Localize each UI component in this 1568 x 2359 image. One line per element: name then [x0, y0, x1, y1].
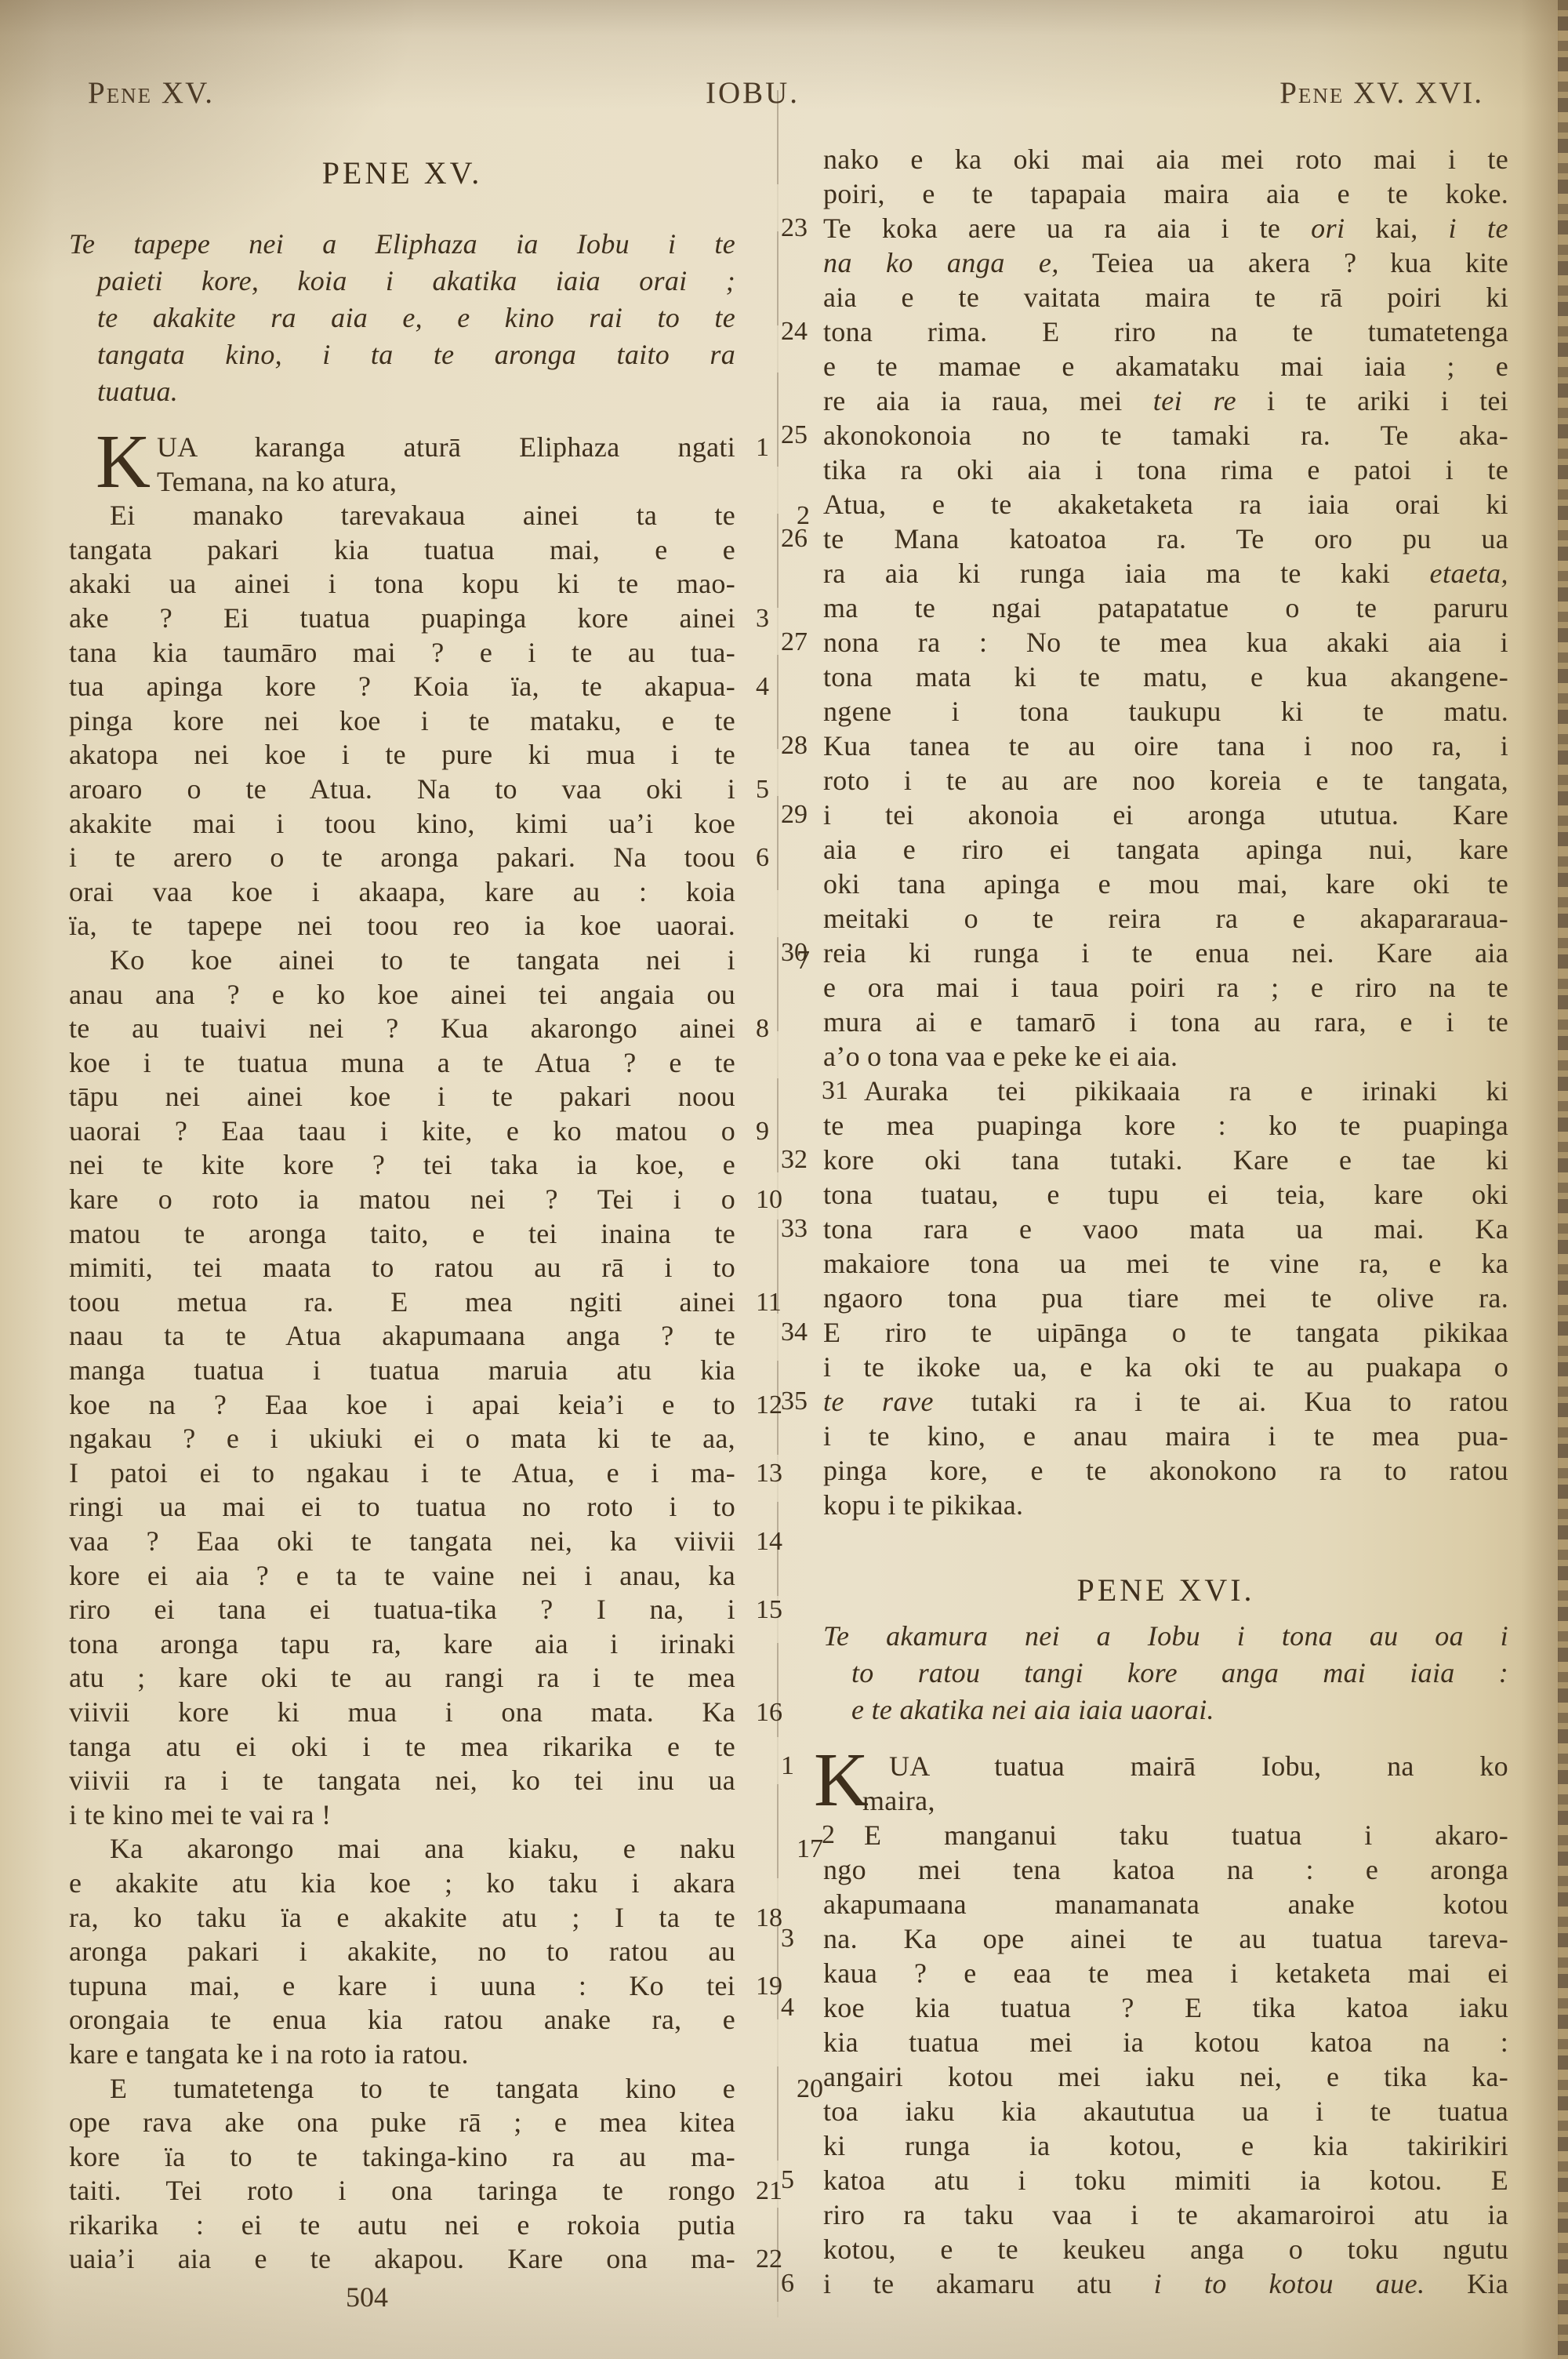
text-run: koe i te tuatua muna a te Atua ? e te — [69, 1047, 735, 1078]
text-run: Ko koe ainei to te tangata nei i — [110, 944, 735, 976]
text-line: roto i te au are noo koreia e te tangata… — [823, 763, 1508, 798]
adjacent-page-edge — [1558, 0, 1568, 2359]
text-run: akonokonoia no te tamaki ra. Te aka- — [823, 420, 1508, 451]
text-line: 16viivii kore ki mua i ona mata. Ka — [69, 1696, 735, 1730]
text-line: 7Ko koe ainei to te tangata nei i — [69, 943, 735, 978]
text-run: te au tuaivi nei ? Kua akarongo ainei — [69, 1012, 735, 1044]
verse-number: 1 — [756, 431, 769, 465]
text-run: pinga kore, e te akonokono ra to ratou — [823, 1455, 1508, 1486]
text-line: ki runga ia kotou, e kia takirikiri — [823, 2128, 1508, 2163]
text-line: 34E riro te uipānga o te tangata pikikaa — [823, 1315, 1508, 1350]
verse-number: 20 — [756, 2072, 823, 2106]
text-line: 4tua apinga kore ? Koia ïa, te akapua- — [69, 670, 735, 704]
verse-number: 14 — [756, 1525, 782, 1559]
text-line: mura ai e tamarō i tona au rara, e i te — [823, 1005, 1508, 1039]
text-run: e ora mai i taua poiri ra ; e riro na te — [823, 972, 1508, 1003]
text-line: ngaoro tona pua tiare mei te olive ra. — [823, 1281, 1508, 1315]
text-run: kai, — [1345, 213, 1449, 244]
text-line: meitaki o te reira ra e akapararaua- — [823, 901, 1508, 936]
verse-number: 10 — [756, 1183, 782, 1217]
text-run: i te kino, e anau maira i te mea pua- — [823, 1420, 1508, 1452]
text-run: kore ïa to te takinga-kino ra au ma- — [69, 2141, 735, 2172]
summary-line: te akakite ra aia e, e kino rai to te — [69, 300, 735, 336]
text-run: tutaki ra i te ai. Kua to ratou — [934, 1386, 1508, 1417]
text-run: anau ana ? e ko koe ainei tei angaia ou — [69, 979, 735, 1010]
text-run: E riro te uipānga o te tangata pikikaa — [823, 1317, 1508, 1348]
text-run: kia tuatua mei ia kotou katoa na : — [823, 2026, 1508, 2058]
text-line: tona tuatau, e tupu ei teia, kare oki — [823, 1177, 1508, 1212]
text-run: kotou, e te keukeu anga o toku ngutu — [823, 2234, 1508, 2265]
text-run: nako e ka oki mai aia mei roto mai i te — [823, 144, 1508, 175]
text-line: atu ; kare oki te au rangi ra i te mea — [69, 1661, 735, 1696]
text-run: taiti. Tei roto i ona taringa te rongo — [69, 2175, 735, 2206]
text-line: 10kare o roto ia matou nei ? Tei i o — [69, 1183, 735, 1217]
text-line: naau ta te Atua akapumaana anga ? te — [69, 1319, 735, 1354]
text-line: orongaia te enua kia ratou anake ra, e — [69, 2003, 735, 2037]
text-run: na. Ka ope ainei te au tuatua tareva- — [823, 1923, 1508, 1954]
text-line: 6i te akamaru atu i to kotou aue. Kia — [823, 2266, 1508, 2301]
summary-line: paieti kore, koia i akatika iaia orai ; — [69, 263, 735, 300]
italic-run: i te — [1448, 213, 1508, 244]
verse-number: 34 — [781, 1315, 808, 1350]
text-run: maira, — [862, 1785, 935, 1816]
text-run: aronga pakari i akakite, no to ratou au — [69, 1936, 735, 1967]
text-run: aia e te vaitata maira te rā poiri ki — [823, 282, 1508, 313]
verse-number: 9 — [756, 1114, 769, 1149]
text-line: na ko anga e, Teiea ua akera ? kua kite — [823, 245, 1508, 280]
text-line: poiri, e te tapapaia maira aia e te koke… — [823, 176, 1508, 211]
text-line: ma te ngai patapatatue o te paruru — [823, 591, 1508, 625]
text-run: i tei akonoia ei aronga ututua. Kare — [823, 799, 1508, 831]
text-run: ringi ua mai ei to tuatua no roto i to — [69, 1491, 735, 1522]
text-line: 27nona ra : No te mea kua akaki aia i — [823, 625, 1508, 660]
text-line: viivii ra i te tangata nei, ko tei inu u… — [69, 1764, 735, 1798]
text-run: orongaia te enua kia ratou anake ra, e — [69, 2004, 735, 2035]
verse-number: 23 — [781, 211, 808, 245]
verse-number: 21 — [756, 2174, 782, 2208]
text-line: 3na. Ka ope ainei te au tuatua tareva- — [823, 1921, 1508, 1956]
verse-number: 31 — [781, 1074, 848, 1108]
running-head-title: IOBU. — [635, 75, 870, 111]
text-run: tona aronga tapu ra, kare aia i irinaki — [69, 1628, 735, 1659]
text-run: tāpu nei ainei koe i te pakari noou — [69, 1081, 735, 1112]
text-run: UA tuatua mairā Iobu, na ko — [889, 1750, 1508, 1782]
text-run: nona ra : No te mea kua akaki aia i — [823, 627, 1508, 658]
summary-line: e te akatika nei aia iaia uaorai. — [823, 1692, 1508, 1728]
text-line: akakite mai i toou kino, kimi ua’i koe — [69, 807, 735, 841]
text-line: 15riro ei tana ei tuatua-tika ? I na, i — [69, 1593, 735, 1627]
text-line: 33tona rara e vaoo mata ua mai. Ka — [823, 1212, 1508, 1246]
text-line: 26te Mana katoatoa ra. Te oro pu ua — [823, 522, 1508, 556]
running-head: Pene XV. IOBU. Pene XV. XVI. — [0, 75, 1568, 122]
text-run: UA karanga aturā Eliphaza ngati — [157, 431, 735, 463]
text-run: tangata pakari kia tuatua mai, e e — [69, 534, 735, 565]
text-line: tona mata ki te matu, e kua akangene- — [823, 660, 1508, 694]
text-line: ngakau ? e i ukiuki ei o mata ki te aa, — [69, 1422, 735, 1456]
text-line: makaiore tona ua mei te vine ra, e ka — [823, 1246, 1508, 1281]
text-run: e akakite atu kia koe ; ko taku i akara — [69, 1867, 735, 1899]
text-run: Atua, e te akaketaketa ra iaia orai ki — [823, 489, 1508, 520]
text-line: 11toou metua ra. E mea ngiti ainei — [69, 1285, 735, 1320]
text-line: 2Ei manako tarevakaua ainei ta te — [69, 499, 735, 533]
text-run: toa iaku kia akaututua ua i te tuatua — [823, 2095, 1508, 2127]
chapter-heading: PENE XV. — [69, 155, 735, 191]
text-run: roto i te au are noo koreia e te tangata… — [823, 765, 1508, 796]
text-line: 3ake ? Ei tuatua puapinga kore ainei — [69, 602, 735, 636]
text-run: Auraka tei pikikaaia ra e irinaki ki — [864, 1075, 1508, 1107]
text-run: akapumaana manamanata anake kotou — [823, 1888, 1508, 1920]
text-line: angairi kotou mei iaku nei, e tika ka- — [823, 2059, 1508, 2094]
text-line: ngene i tona taukupu ki te matu. — [823, 694, 1508, 729]
verse-number: 26 — [781, 522, 808, 556]
summary-line: Te tapepe nei a Eliphaza ia Iobu i te — [69, 226, 735, 263]
text-run: tua apinga kore ? Koia ïa, te akapua- — [69, 671, 735, 702]
text-line: kotou, e te keukeu anga o toku ngutu — [823, 2232, 1508, 2266]
text-line: Atua, e te akaketaketa ra iaia orai ki — [823, 487, 1508, 522]
text-run: oki tana apinga e mou mai, kare oki te — [823, 868, 1508, 900]
summary-line: Te akamura nei a Iobu i tona au oa i — [823, 1618, 1508, 1655]
verse-number: 18 — [756, 1901, 782, 1936]
text-run: E tumatetenga to te tangata kino e — [110, 2073, 735, 2104]
text-line: nei te kite kore ? tei taka ia koe, e — [69, 1148, 735, 1183]
verse-number: 24 — [781, 314, 808, 349]
text-line: pinga kore nei koe i te mataku, e te — [69, 704, 735, 739]
text-line: 20E tumatetenga to te tangata kino e — [69, 2072, 735, 2106]
text-line: ngo mei tena katoa na : e aronga — [823, 1852, 1508, 1887]
verse-number: 8 — [756, 1012, 769, 1046]
text-run: ngene i tona taukupu ki te matu. — [823, 696, 1508, 727]
text-run: Ka akarongo mai ana kiaku, e naku — [110, 1833, 735, 1864]
text-line: akaki ua ainei i tona kopu ki te mao- — [69, 567, 735, 602]
text-line: 32kore oki tana tutaki. Kare e tae ki — [823, 1143, 1508, 1177]
text-line: i te kino, e anau maira i te mea pua- — [823, 1419, 1508, 1453]
text-run: Kia — [1425, 2268, 1508, 2299]
text-run: tona rima. E riro na te tumatetenga — [823, 316, 1508, 347]
verse-number: 6 — [756, 841, 769, 875]
verse-number: 19 — [756, 1969, 782, 2004]
summary-line: tangata kino, i ta te aronga taito ra — [69, 336, 735, 373]
text-run: meitaki o te reira ra e akapararaua- — [823, 903, 1508, 934]
page-edge-shadow — [1521, 0, 1559, 2359]
text-run: ïa, te tapepe nei toou reo ia koe uaorai… — [69, 910, 735, 941]
summary-line: tuatua. — [69, 373, 735, 410]
text-run: viivii kore ki mua i ona mata. Ka — [69, 1696, 735, 1728]
text-run: aia e riro ei tangata apinga nui, kare — [823, 834, 1508, 865]
chapter-heading: PENE XVI. — [823, 1572, 1508, 1608]
text-line: pinga kore, e te akonokono ra to ratou — [823, 1453, 1508, 1488]
text-run: i te arero o te aronga pakari. Na toou — [69, 841, 735, 873]
page-number: 504 — [69, 2281, 665, 2314]
italic-run: tei re — [1153, 385, 1236, 416]
book-page: Pene XV. IOBU. Pene XV. XVI. PENE XV.Te … — [0, 0, 1568, 2359]
text-line: ope rava ake ona puke rā ; e mea kitea — [69, 2106, 735, 2140]
text-run: tanga atu ei oki i te mea rikarika e te — [69, 1731, 735, 1762]
verse-number: 32 — [781, 1143, 808, 1177]
text-line: anau ana ? e ko koe ainei tei angaia ou — [69, 978, 735, 1012]
text-line: aia e riro ei tangata apinga nui, kare — [823, 832, 1508, 867]
text-run: i te kino mei te vai ra ! — [69, 1799, 331, 1830]
text-line: e ora mai i taua poiri ra ; e riro na te — [823, 970, 1508, 1005]
text-run: ake ? Ei tuatua puapinga kore ainei — [69, 602, 735, 634]
text-run: i te ikoke ua, e ka oki te au puakapa o — [823, 1351, 1508, 1383]
text-line: rikarika : ei te autu nei e rokoia putia — [69, 2208, 735, 2243]
verse-number: 33 — [781, 1212, 808, 1246]
left-column: PENE XV.Te tapepe nei a Eliphaza ia Iobu… — [69, 155, 735, 2277]
text-line: 24tona rima. E riro na te tumatetenga — [823, 314, 1508, 349]
text-line: mimiti, tei maata to ratou au rā i to — [69, 1251, 735, 1285]
text-run: akatopa nei koe i te pure ki mua i te — [69, 739, 735, 770]
text-run: akakite mai i toou kino, kimi ua’i koe — [69, 808, 735, 839]
text-run: Temana, na ko atura, — [157, 466, 397, 497]
text-run: akaki ua ainei i tona kopu ki te mao- — [69, 568, 735, 599]
verse-number: 15 — [756, 1593, 782, 1627]
verse-block: K1UA karanga aturā Eliphaza ngatiTemana,… — [69, 431, 735, 2277]
text-run: E manganui taku tuatua i akaro- — [864, 1819, 1508, 1851]
text-line: 4koe kia tuatua ? E tika katoa iaku — [823, 1990, 1508, 2025]
text-line: i te ikoke ua, e ka oki te au puakapa o — [823, 1350, 1508, 1384]
text-line: e te mamae e akamataku mai iaia ; e — [823, 349, 1508, 383]
text-line: orai vaa koe i akaapa, kare au : koia — [69, 875, 735, 910]
text-run: kore ei aia ? e ta te vaine nei i anau, … — [69, 1560, 735, 1591]
text-line: ringi ua mai ei to tuatua no roto i to — [69, 1490, 735, 1525]
text-line: maira, — [823, 1783, 1508, 1818]
verse-number: 3 — [781, 1921, 794, 1956]
text-run: te mea puapinga kore : ko te puapinga — [823, 1110, 1508, 1141]
text-line: e akakite atu kia koe ; ko taku i akara — [69, 1866, 735, 1901]
text-line: kare e tangata ke i na roto ia ratou. — [69, 2037, 735, 2072]
text-line: 1UA karanga aturā Eliphaza ngati — [69, 431, 735, 465]
chapter-summary: Te tapepe nei a Eliphaza ia Iobu i tepai… — [69, 226, 735, 410]
text-run: ngaoro tona pua tiare mei te olive ra. — [823, 1282, 1508, 1314]
text-run: uaorai ? Eaa taau i kite, e ko matou o — [69, 1115, 735, 1147]
text-run: reia ki runga i te enua nei. Kare aia — [823, 937, 1508, 969]
text-line: 29i tei akonoia ei aronga ututua. Kare — [823, 798, 1508, 832]
text-run: ngo mei tena katoa na : e aronga — [823, 1854, 1508, 1885]
text-run: koe kia tuatua ? E tika katoa iaku — [823, 1992, 1508, 2023]
text-run: atu ; kare oki te au rangi ra i te mea — [69, 1662, 735, 1693]
text-line: 17Ka akarongo mai ana kiaku, e naku — [69, 1832, 735, 1866]
text-run: ki runga ia kotou, e kia takirikiri — [823, 2130, 1508, 2161]
text-run: tana kia taumāro mai ? e i te au tua- — [69, 637, 735, 668]
text-line: tanga atu ei oki i te mea rikarika e te — [69, 1730, 735, 1765]
text-line: 9uaorai ? Eaa taau i kite, e ko matou o — [69, 1114, 735, 1149]
text-line: manga tuatua i tuatua maruia atu kia — [69, 1354, 735, 1388]
text-run: riro ra taku vaa i te akamaroiroi atu ia — [823, 2199, 1508, 2230]
verse-block: nako e ka oki mai aia mei roto mai i tep… — [823, 142, 1508, 1522]
text-line: kore ei aia ? e ta te vaine nei i anau, … — [69, 1559, 735, 1594]
text-line: kopu i te pikikaa. — [823, 1488, 1508, 1522]
right-column: nako e ka oki mai aia mei roto mai i tep… — [823, 142, 1508, 2301]
text-line: riro ra taku vaa i te akamaroiroi atu ia — [823, 2197, 1508, 2232]
verse-number: 5 — [781, 2163, 794, 2197]
text-run: poiri, e te tapapaia maira aia e te koke… — [823, 178, 1508, 209]
text-line: matou te aronga taito, e tei inaina te — [69, 1217, 735, 1252]
verse-number: 12 — [756, 1388, 782, 1423]
verse-number: 6 — [781, 2266, 794, 2301]
text-line: tika ra oki aia i tona rima e patoi i te — [823, 453, 1508, 487]
text-line: tangata pakari kia tuatua mai, e e — [69, 533, 735, 568]
text-run: I patoi ei to ngakau i te Atua, e i ma- — [69, 1457, 735, 1488]
verse-number: 27 — [781, 625, 808, 660]
italic-run: te rave — [823, 1386, 934, 1417]
text-line: tana kia taumāro mai ? e i te au tua- — [69, 636, 735, 671]
text-line: oki tana apinga e mou mai, kare oki te — [823, 867, 1508, 901]
text-line: 25akonokonoia no te tamaki ra. Te aka- — [823, 418, 1508, 453]
text-run: uaia’i aia e te akapou. Kare ona ma- — [69, 2243, 735, 2274]
text-line: 18ra, ko taku ïa e akakite atu ; I ta te — [69, 1901, 735, 1936]
text-line: 5aroaro o te Atua. Na to vaa oki i — [69, 772, 735, 807]
text-run: pinga kore nei koe i te mataku, e te — [69, 705, 735, 736]
text-line: 1UA tuatua mairā Iobu, na ko — [823, 1749, 1508, 1783]
verse-number: 30 — [781, 936, 808, 970]
text-line: te mea puapinga kore : ko te puapinga — [823, 1108, 1508, 1143]
text-line: kaua ? e eaa te mea i ketaketa mai ei — [823, 1956, 1508, 1990]
text-line: 21taiti. Tei roto i ona taringa te rongo — [69, 2174, 735, 2208]
italic-run: ori — [1311, 213, 1345, 244]
text-line: aia e te vaitata maira te rā poiri ki — [823, 280, 1508, 314]
text-line: 5katoa atu i toku mimiti ia kotou. E — [823, 2163, 1508, 2197]
text-line: i te kino mei te vai ra ! — [69, 1798, 735, 1833]
verse-number: 13 — [756, 1456, 782, 1491]
verse-number: 3 — [756, 602, 769, 636]
text-run: angairi kotou mei iaku nei, e tika ka- — [823, 2061, 1508, 2092]
text-run: kopu i te pikikaa. — [823, 1489, 1023, 1521]
verse-number: 22 — [756, 2242, 782, 2277]
text-run: i te ariki i tei — [1236, 385, 1508, 416]
text-run: matou te aronga taito, e tei inaina te — [69, 1218, 735, 1249]
text-line: tona aronga tapu ra, kare aia i irinaki — [69, 1627, 735, 1662]
text-run: kaua ? e eaa te mea i ketaketa mai ei — [823, 1957, 1508, 1989]
text-line: 23Te koka aere ua ra aia i te ori kai, i… — [823, 211, 1508, 245]
text-line: koe i te tuatua muna a te Atua ? e te — [69, 1046, 735, 1081]
verse-number: 29 — [781, 798, 808, 832]
text-run: toou metua ra. E mea ngiti ainei — [69, 1286, 735, 1318]
text-run: ope rava ake ona puke rā ; e mea kitea — [69, 2106, 735, 2138]
text-run: orai vaa koe i akaapa, kare au : koia — [69, 876, 735, 907]
text-line: ïa, te tapepe nei toou reo ia koe uaorai… — [69, 909, 735, 943]
text-line: toa iaku kia akaututua ua i te tuatua — [823, 2094, 1508, 2128]
text-run: viivii ra i te tangata nei, ko tei inu u… — [69, 1765, 735, 1796]
text-line: 22uaia’i aia e te akapou. Kare ona ma- — [69, 2242, 735, 2277]
text-run: re aia ia raua, mei — [823, 385, 1153, 416]
verse-number: 4 — [756, 670, 769, 704]
text-run: tika ra oki aia i tona rima e patoi i te — [823, 454, 1508, 485]
italic-run: etaeta, — [1430, 558, 1508, 589]
text-run: vaa ? Eaa oki te tangata nei, ka viivii — [69, 1525, 735, 1557]
text-run: Teiea ua akera ? kua kite — [1059, 247, 1508, 278]
text-run: ra, ko taku ïa e akakite atu ; I ta te — [69, 1902, 735, 1933]
text-line: 19tupuna mai, e kare i uuna : Ko tei — [69, 1969, 735, 2004]
verse-number: 2 — [781, 1818, 835, 1852]
text-run: e te mamae e akamataku mai iaia ; e — [823, 351, 1508, 382]
text-run: kare o roto ia matou nei ? Tei i o — [69, 1183, 735, 1215]
text-line: aronga pakari i akakite, no to ratou au — [69, 1935, 735, 1969]
summary-line: to ratou tangi kore anga mai iaia : — [823, 1655, 1508, 1692]
verse-number: 16 — [756, 1696, 782, 1730]
text-line: 35te rave tutaki ra i te ai. Kua to rato… — [823, 1384, 1508, 1419]
text-run: nei te kite kore ? tei taka ia koe, e — [69, 1149, 735, 1180]
text-line: ra aia ki runga iaia ma te kaki etaeta, — [823, 556, 1508, 591]
text-line: akatopa nei koe i te pure ki mua i te — [69, 738, 735, 772]
text-run: ra aia ki runga iaia ma te kaki — [823, 558, 1430, 589]
text-run: Te koka aere ua ra aia i te — [823, 213, 1311, 244]
verse-number: 28 — [781, 729, 808, 763]
text-line: tāpu nei ainei koe i te pakari noou — [69, 1080, 735, 1114]
text-run: tona mata ki te matu, e kua akangene- — [823, 661, 1508, 692]
running-head-right: Pene XV. XVI. — [1279, 75, 1483, 111]
text-run: katoa atu i toku mimiti ia kotou. E — [823, 2165, 1508, 2196]
text-run: mura ai e tamarō i tona au rara, e i te — [823, 1006, 1508, 1038]
italic-run: na ko anga e, — [823, 247, 1059, 278]
italic-run: i to kotou aue. — [1154, 2268, 1425, 2299]
text-run: kore oki tana tutaki. Kare e tae ki — [823, 1144, 1508, 1176]
text-run: ma te ngai patapatatue o te paruru — [823, 592, 1508, 623]
text-line: a’o o tona vaa e peke ke ei aia. — [823, 1039, 1508, 1074]
text-run: i te akamaru atu — [823, 2268, 1154, 2299]
text-line: nako e ka oki mai aia mei roto mai i te — [823, 142, 1508, 176]
chapter-summary: Te akamura nei a Iobu i tona au oa ito r… — [823, 1618, 1508, 1728]
text-line: 14vaa ? Eaa oki te tangata nei, ka viivi… — [69, 1525, 735, 1559]
text-line: 8te au tuaivi nei ? Kua akarongo ainei — [69, 1012, 735, 1046]
text-line: kia tuatua mei ia kotou katoa na : — [823, 2025, 1508, 2059]
verse-number: 11 — [756, 1285, 782, 1320]
text-run: ngakau ? e i ukiuki ei o mata ki te aa, — [69, 1423, 735, 1454]
text-line: 12koe na ? Eaa koe i apai keia’i e to — [69, 1388, 735, 1423]
text-run: naau ta te Atua akapumaana anga ? te — [69, 1320, 735, 1351]
verse-block: K1UA tuatua mairā Iobu, na komaira,2E ma… — [823, 1749, 1508, 2301]
text-line: 31Auraka tei pikikaaia ra e irinaki ki — [823, 1074, 1508, 1108]
verse-number: 25 — [781, 418, 808, 453]
text-run: tona rara e vaoo mata ua mai. Ka — [823, 1213, 1508, 1245]
text-line: akapumaana manamanata anake kotou — [823, 1887, 1508, 1921]
text-run: tona tuatau, e tupu ei teia, kare oki — [823, 1179, 1508, 1210]
text-line: Temana, na ko atura, — [69, 465, 735, 500]
text-line: 30reia ki runga i te enua nei. Kare aia — [823, 936, 1508, 970]
text-line: 13I patoi ei to ngakau i te Atua, e i ma… — [69, 1456, 735, 1491]
verse-number: 4 — [781, 1990, 794, 2025]
verse-number: 35 — [781, 1384, 808, 1419]
text-run: Ei manako tarevakaua ainei ta te — [110, 500, 735, 531]
text-line: re aia ia raua, mei tei re i te ariki i … — [823, 383, 1508, 418]
verse-number: 1 — [781, 1749, 794, 1783]
text-line: kore ïa to te takinga-kino ra au ma- — [69, 2140, 735, 2175]
text-run: riro ei tana ei tuatua-tika ? I na, i — [69, 1594, 735, 1625]
running-head-left: Pene XV. — [88, 75, 214, 111]
text-run: kare e tangata ke i na roto ia ratou. — [69, 2038, 469, 2070]
text-run: koe na ? Eaa koe i apai keia’i e to — [69, 1389, 735, 1420]
text-run: tupuna mai, e kare i uuna : Ko tei — [69, 1970, 735, 2001]
text-run: te Mana katoatoa ra. Te oro pu ua — [823, 523, 1508, 554]
text-line: 6i te arero o te aronga pakari. Na toou — [69, 841, 735, 875]
text-run: a’o o tona vaa e peke ke ei aia. — [823, 1041, 1178, 1072]
verse-number: 5 — [756, 772, 769, 807]
text-run: manga tuatua i tuatua maruia atu kia — [69, 1354, 735, 1386]
text-line: 28Kua tanea te au oire tana i noo ra, i — [823, 729, 1508, 763]
text-run: rikarika : ei te autu nei e rokoia putia — [69, 2209, 735, 2241]
text-run: Kua tanea te au oire tana i noo ra, i — [823, 730, 1508, 761]
text-run: aroaro o te Atua. Na to vaa oki i — [69, 773, 735, 805]
text-line: 2E manganui taku tuatua i akaro- — [823, 1818, 1508, 1852]
text-run: mimiti, tei maata to ratou au rā i to — [69, 1252, 735, 1283]
text-run: makaiore tona ua mei te vine ra, e ka — [823, 1248, 1508, 1279]
